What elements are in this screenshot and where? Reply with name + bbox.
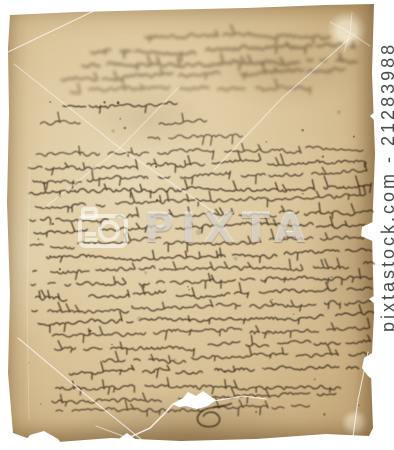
stock-photo-preview: PIXTA pixtastock.com - 21283988 — [0, 0, 394, 450]
camera-icon — [76, 206, 132, 250]
stock-id-label: pixtastock.com - 21283988 — [378, 42, 394, 332]
pixta-watermark: PIXTA — [76, 206, 312, 250]
watermark-brand-text: PIXTA — [144, 208, 312, 249]
